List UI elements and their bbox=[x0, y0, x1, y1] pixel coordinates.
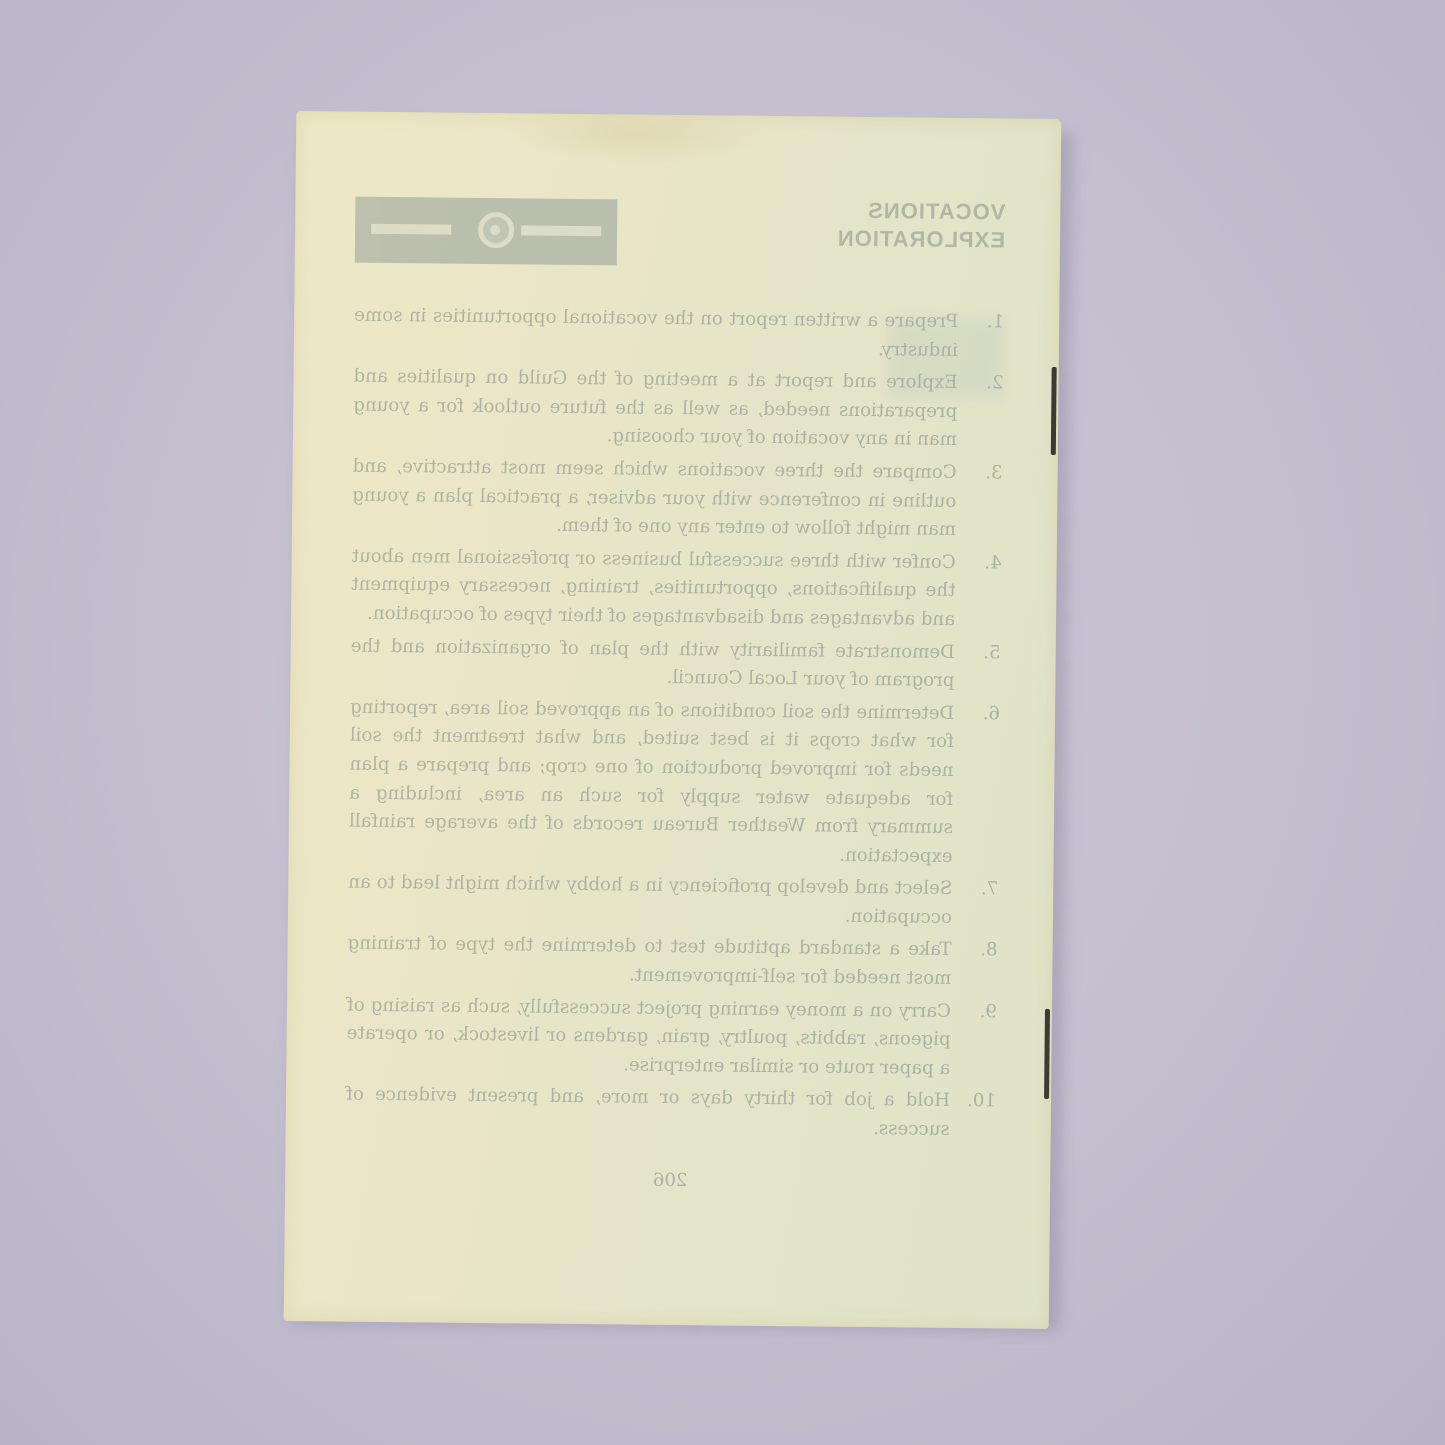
requirement-text: Take a standard aptitude test to determi… bbox=[348, 933, 952, 989]
section-title: VOCATIONS EXPLORATION bbox=[837, 197, 1006, 255]
requirement-number: 6. bbox=[983, 700, 1001, 729]
requirement-number: 10. bbox=[967, 1088, 996, 1117]
page-content: VOCATIONS EXPLORATION 1.Prepare a writte… bbox=[345, 192, 1005, 1194]
show-through-text: VOCATIONS EXPLORATION 1.Prepare a writte… bbox=[284, 111, 1062, 1329]
emblem-icon bbox=[355, 197, 618, 266]
requirement-number: 7. bbox=[981, 876, 999, 905]
title-line-2: EXPLORATION bbox=[837, 225, 1006, 255]
requirement-number: 3. bbox=[985, 459, 1003, 488]
requirement-text: Determine the soil conditions of an appr… bbox=[349, 696, 954, 866]
requirement-item: 7.Select and develop proficiency in a ho… bbox=[348, 869, 999, 933]
requirement-text: Explore and report at a meeting of the G… bbox=[353, 366, 957, 451]
requirement-number: 8. bbox=[980, 937, 998, 966]
requirement-item: 8.Take a standard aptitude test to deter… bbox=[347, 930, 998, 994]
requirement-text: Prepare a written report on the vocation… bbox=[354, 305, 958, 361]
title-line-1: VOCATIONS bbox=[837, 197, 1006, 227]
requirement-item: 2.Explore and report at a meeting of the… bbox=[353, 363, 1004, 456]
requirement-item: 10.Hold a job for thirty days or more, a… bbox=[346, 1081, 997, 1145]
requirement-number: 9. bbox=[979, 998, 997, 1027]
requirement-item: 3.Compare the three vocations which seem… bbox=[352, 453, 1003, 546]
requirement-item: 6.Determine the soil conditions of an ap… bbox=[348, 693, 1000, 871]
requirement-item: 1.Prepare a written report on the vocati… bbox=[354, 302, 1005, 366]
requirement-number: 2. bbox=[986, 369, 1004, 398]
page-number: 206 bbox=[345, 1166, 995, 1194]
requirement-item: 5.Demonstrate familiarity with the plan … bbox=[350, 632, 1001, 696]
requirement-number: 5. bbox=[983, 639, 1001, 668]
requirement-item: 4.Confer with three successful business … bbox=[351, 542, 1002, 635]
booklet-back-cover: VOCATIONS EXPLORATION 1.Prepare a writte… bbox=[284, 111, 1062, 1329]
staple-top bbox=[1051, 367, 1057, 455]
requirement-text: Hold a job for thirty days or more, and … bbox=[346, 1084, 950, 1140]
requirement-text: Carry on a money earning project success… bbox=[347, 994, 951, 1079]
requirement-number: 1. bbox=[987, 308, 1005, 337]
requirement-item: 9.Carry on a money earning project succe… bbox=[346, 991, 997, 1084]
requirement-text: Compare the three vocations which seem m… bbox=[352, 456, 956, 541]
requirement-text: Select and develop proficiency in a hobb… bbox=[348, 872, 952, 928]
staple-bottom bbox=[1044, 1009, 1050, 1099]
requirement-number: 4. bbox=[984, 549, 1002, 578]
page-header: VOCATIONS EXPLORATION bbox=[354, 192, 1005, 309]
requirement-text: Confer with three successful business or… bbox=[351, 545, 955, 630]
requirements-list: 1.Prepare a written report on the vocati… bbox=[346, 302, 1005, 1145]
requirement-text: Demonstrate familiarity with the plan of… bbox=[351, 635, 955, 691]
